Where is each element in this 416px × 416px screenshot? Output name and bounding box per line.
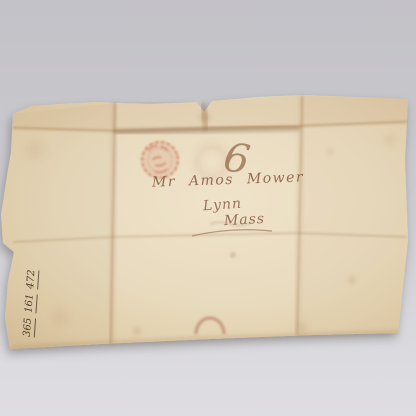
docket-number: 161 (23, 293, 37, 313)
docket-number: 365 (21, 317, 35, 337)
letter-photo (0, 0, 416, 416)
photo-scene: 6 Mr Amos Mower Lynn Mass 365 161 472 (0, 0, 416, 416)
docket-numbers: 365 161 472 (11, 272, 49, 338)
docket-number: 472 (25, 269, 39, 289)
